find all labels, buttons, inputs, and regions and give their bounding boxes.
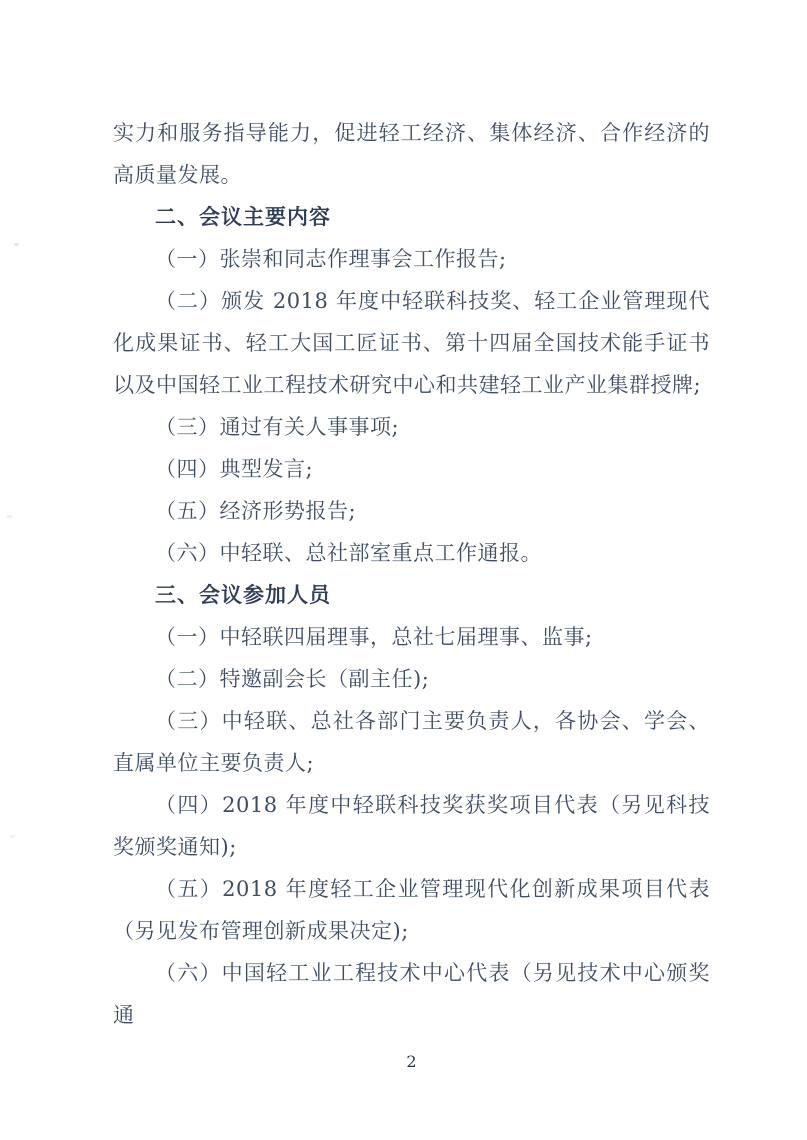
list-item-2-6: （六）中轻联、总社部室重点工作通报。 [113, 532, 710, 574]
section-heading-2: 二、会议主要内容 [113, 196, 710, 238]
document-page: 实力和服务指导能力，促进轻工经济、集体经济、合作经济的高质量发展。 二、会议主要… [0, 0, 807, 1140]
scan-artifact [6, 515, 13, 518]
list-item-3-5: （五）2018 年度轻工企业管理现代化创新成果项目代表（另见发布管理创新成果决定… [113, 868, 710, 952]
scan-artifact [14, 243, 19, 246]
paragraph-continuation: 实力和服务指导能力，促进轻工经济、集体经济、合作经济的高质量发展。 [113, 112, 710, 196]
page-number: 2 [406, 1052, 416, 1071]
scan-artifact [10, 835, 15, 838]
list-item-2-4: （四）典型发言; [113, 448, 710, 490]
list-item-3-1: （一）中轻联四届理事，总社七届理事、监事; [113, 616, 710, 658]
list-item-2-1: （一）张崇和同志作理事会工作报告; [113, 238, 710, 280]
document-body: 实力和服务指导能力，促进轻工经济、集体经济、合作经济的高质量发展。 二、会议主要… [113, 112, 710, 1036]
list-item-3-3: （三）中轻联、总社各部门主要负责人，各协会、学会、直属单位主要负责人; [113, 700, 710, 784]
list-item-3-2: （二）特邀副会长（副主任); [113, 658, 710, 700]
list-item-2-2: （二）颁发 2018 年度中轻联科技奖、轻工企业管理现代化成果证书、轻工大国工匠… [113, 280, 710, 406]
page-footer: 2 [113, 1052, 710, 1071]
section-heading-3: 三、会议参加人员 [113, 574, 710, 616]
list-item-2-5: （五）经济形势报告; [113, 490, 710, 532]
list-item-2-3: （三）通过有关人事事项; [113, 406, 710, 448]
list-item-3-6: （六）中国轻工业工程技术中心代表（另见技术中心颁奖通 [113, 952, 710, 1036]
list-item-3-4: （四）2018 年度中轻联科技奖获奖项目代表（另见科技奖颁奖通知); [113, 784, 710, 868]
